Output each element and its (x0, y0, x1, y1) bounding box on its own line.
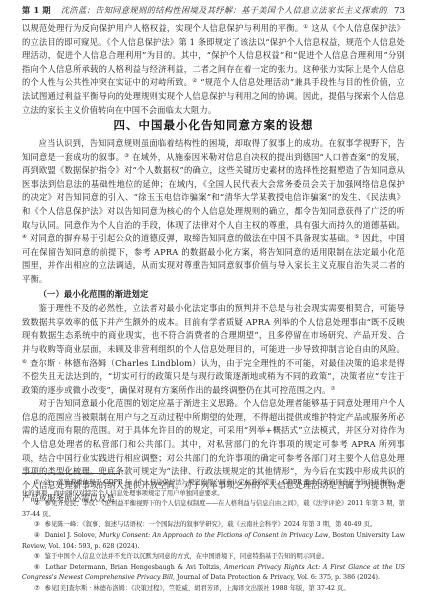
footnote-text: 鉴于中国个人信息立法并不允许以沉默为同意的方式，在中国语境下，同意特指基于告知的… (45, 553, 328, 560)
paragraph-text: 查尔斯 · 林德布洛姆（Charles Lindblom）认为，由于完全理性的不… (22, 358, 405, 395)
running-header: 第 1 期 沈浩蓝：告知同意规则的结构性困境及其纾解：基于美国个人信息立法家长主… (22, 4, 405, 20)
footnote-ref-7[interactable]: ⑦ (330, 386, 335, 392)
paragraph: 以规范处理行为反向保护用户人格权益，实现个人信息保护与利用的平衡。① 这从《个人… (22, 22, 405, 117)
footnote-marker: ③ (34, 521, 40, 528)
footnote-6: ⑥Lothar Determann, Brian Hengesbaugh & A… (22, 563, 405, 584)
issue-number: 第 1 期 (22, 5, 51, 16)
footnote-7: ⑦参见[美]查尔斯 · 林德布洛姆：《决策过程》，竺乾威、胡君芳译，上海译文出版… (22, 584, 405, 595)
paragraph-text: 对同意的摒弃易于引起公众的道德反弹，取缔告知同意的做法在中国不具备现实基础。 (27, 233, 354, 243)
footnote-marker: ⑥ (34, 564, 40, 571)
footnote-3: ③参见陈一峰：《叙事、叙述与话语权：一个国际法的叙事学研究》，载《云南社会科学》… (22, 520, 405, 531)
journal-page: 第 1 期 沈浩蓝：告知同意规则的结构性困境及其纾解：基于美国个人信息立法家长主… (0, 0, 427, 597)
footnote-marker: ⑦ (34, 585, 40, 592)
footnote-text: 参见陈一峰：《叙事、叙述与话语权：一个国际法的叙事学研究》，载《云南社会科学》2… (45, 521, 377, 528)
subsection-title: （一）最小化范围的渐进划定 (22, 288, 405, 302)
footnote-5: ⑤鉴于中国个人信息立法并不允许以沉默为同意的方式，在中国语境下，同意特指基于告知… (22, 552, 405, 563)
footnote-text: 参见[美]查尔斯 · 林德布洛姆：《决策过程》，竺乾威、胡君芳译，上海译文出版社… (45, 585, 350, 592)
footnote-marker: ① (34, 479, 40, 486)
paragraph-text: 在域外，从施泰因米勒对信息自决权的提出到德国“人口普查案”的发展，再到欧盟《数据… (22, 152, 405, 230)
paragraph: 鉴于理性不及的必然性，立法者对最小化法定事由的预判并不总是与社会现实需要相契合，… (22, 302, 405, 397)
section-title: 四、中国最小化告知同意方案的设想 (0, 117, 427, 133)
page-number: 73 (394, 6, 405, 16)
section-body: 应当认识到，告知同意规则虽面临着结构性的困境，却取得了叙事上的成功。在叙事学视野… (22, 137, 405, 506)
footnote-marker: ④ (34, 532, 40, 539)
continuation-paragraph: 以规范处理行为反向保护用户人格权益，实现个人信息保护与利用的平衡。① 这从《个人… (22, 22, 405, 117)
footnote-marker: ⑤ (34, 553, 40, 560)
running-title: 沈浩蓝：告知同意规则的结构性困境及其纾解：基于美国个人信息立法家长主义探索的启发 (61, 5, 388, 16)
footnote-4: ④Daniel J. Solove, Murky Consent: An App… (22, 531, 405, 552)
paragraph-text: 鉴于理性不及的必然性，立法者对最小化法定事由的预判并不总是与社会现实需要相契合，… (22, 303, 405, 354)
paragraph: 应当认识到，告知同意规则虽面临着结构性的困境，却取得了叙事上的成功。在叙事学视野… (22, 137, 405, 287)
footnote-1: ①这一差异着重体现于 GDPR 与《个人信息保护法》规定的用户同意认定标准的差距… (22, 478, 405, 499)
footnote-text: 这一差异着重体现于 GDPR 与《个人信息保护法》规定的用户同意认定标准的差距。… (22, 479, 405, 497)
footnote-text: 参见齐爱民、李仪：《论利益平衡视野下的个人信息权制度——在人格利益与信息自由之间… (22, 500, 405, 518)
footnote-marker: ② (34, 500, 40, 507)
footnotes: ①这一差异着重体现于 GDPR 与《个人信息保护法》规定的用户同意认定标准的差距… (22, 478, 405, 595)
footnote-text: , Journal of Data Protection & Privacy, … (173, 574, 380, 581)
footnote-text: Lothar Determann, Brian Hengesbaugh & Av… (45, 564, 224, 571)
paragraph-text: 以规范处理行为反向保护用户人格权益，实现个人信息保护与利用的平衡。 (22, 23, 303, 33)
footnote-text: Daniel J. Solove, (45, 532, 99, 539)
footnote-2: ②参见齐爱民、李仪：《论利益平衡视野下的个人信息权制度——在人格利益与信息自由之… (22, 499, 405, 520)
footnote-title-italic: Murky Consent: An Approach to the Fictio… (99, 532, 328, 539)
footnote-divider (22, 473, 120, 474)
